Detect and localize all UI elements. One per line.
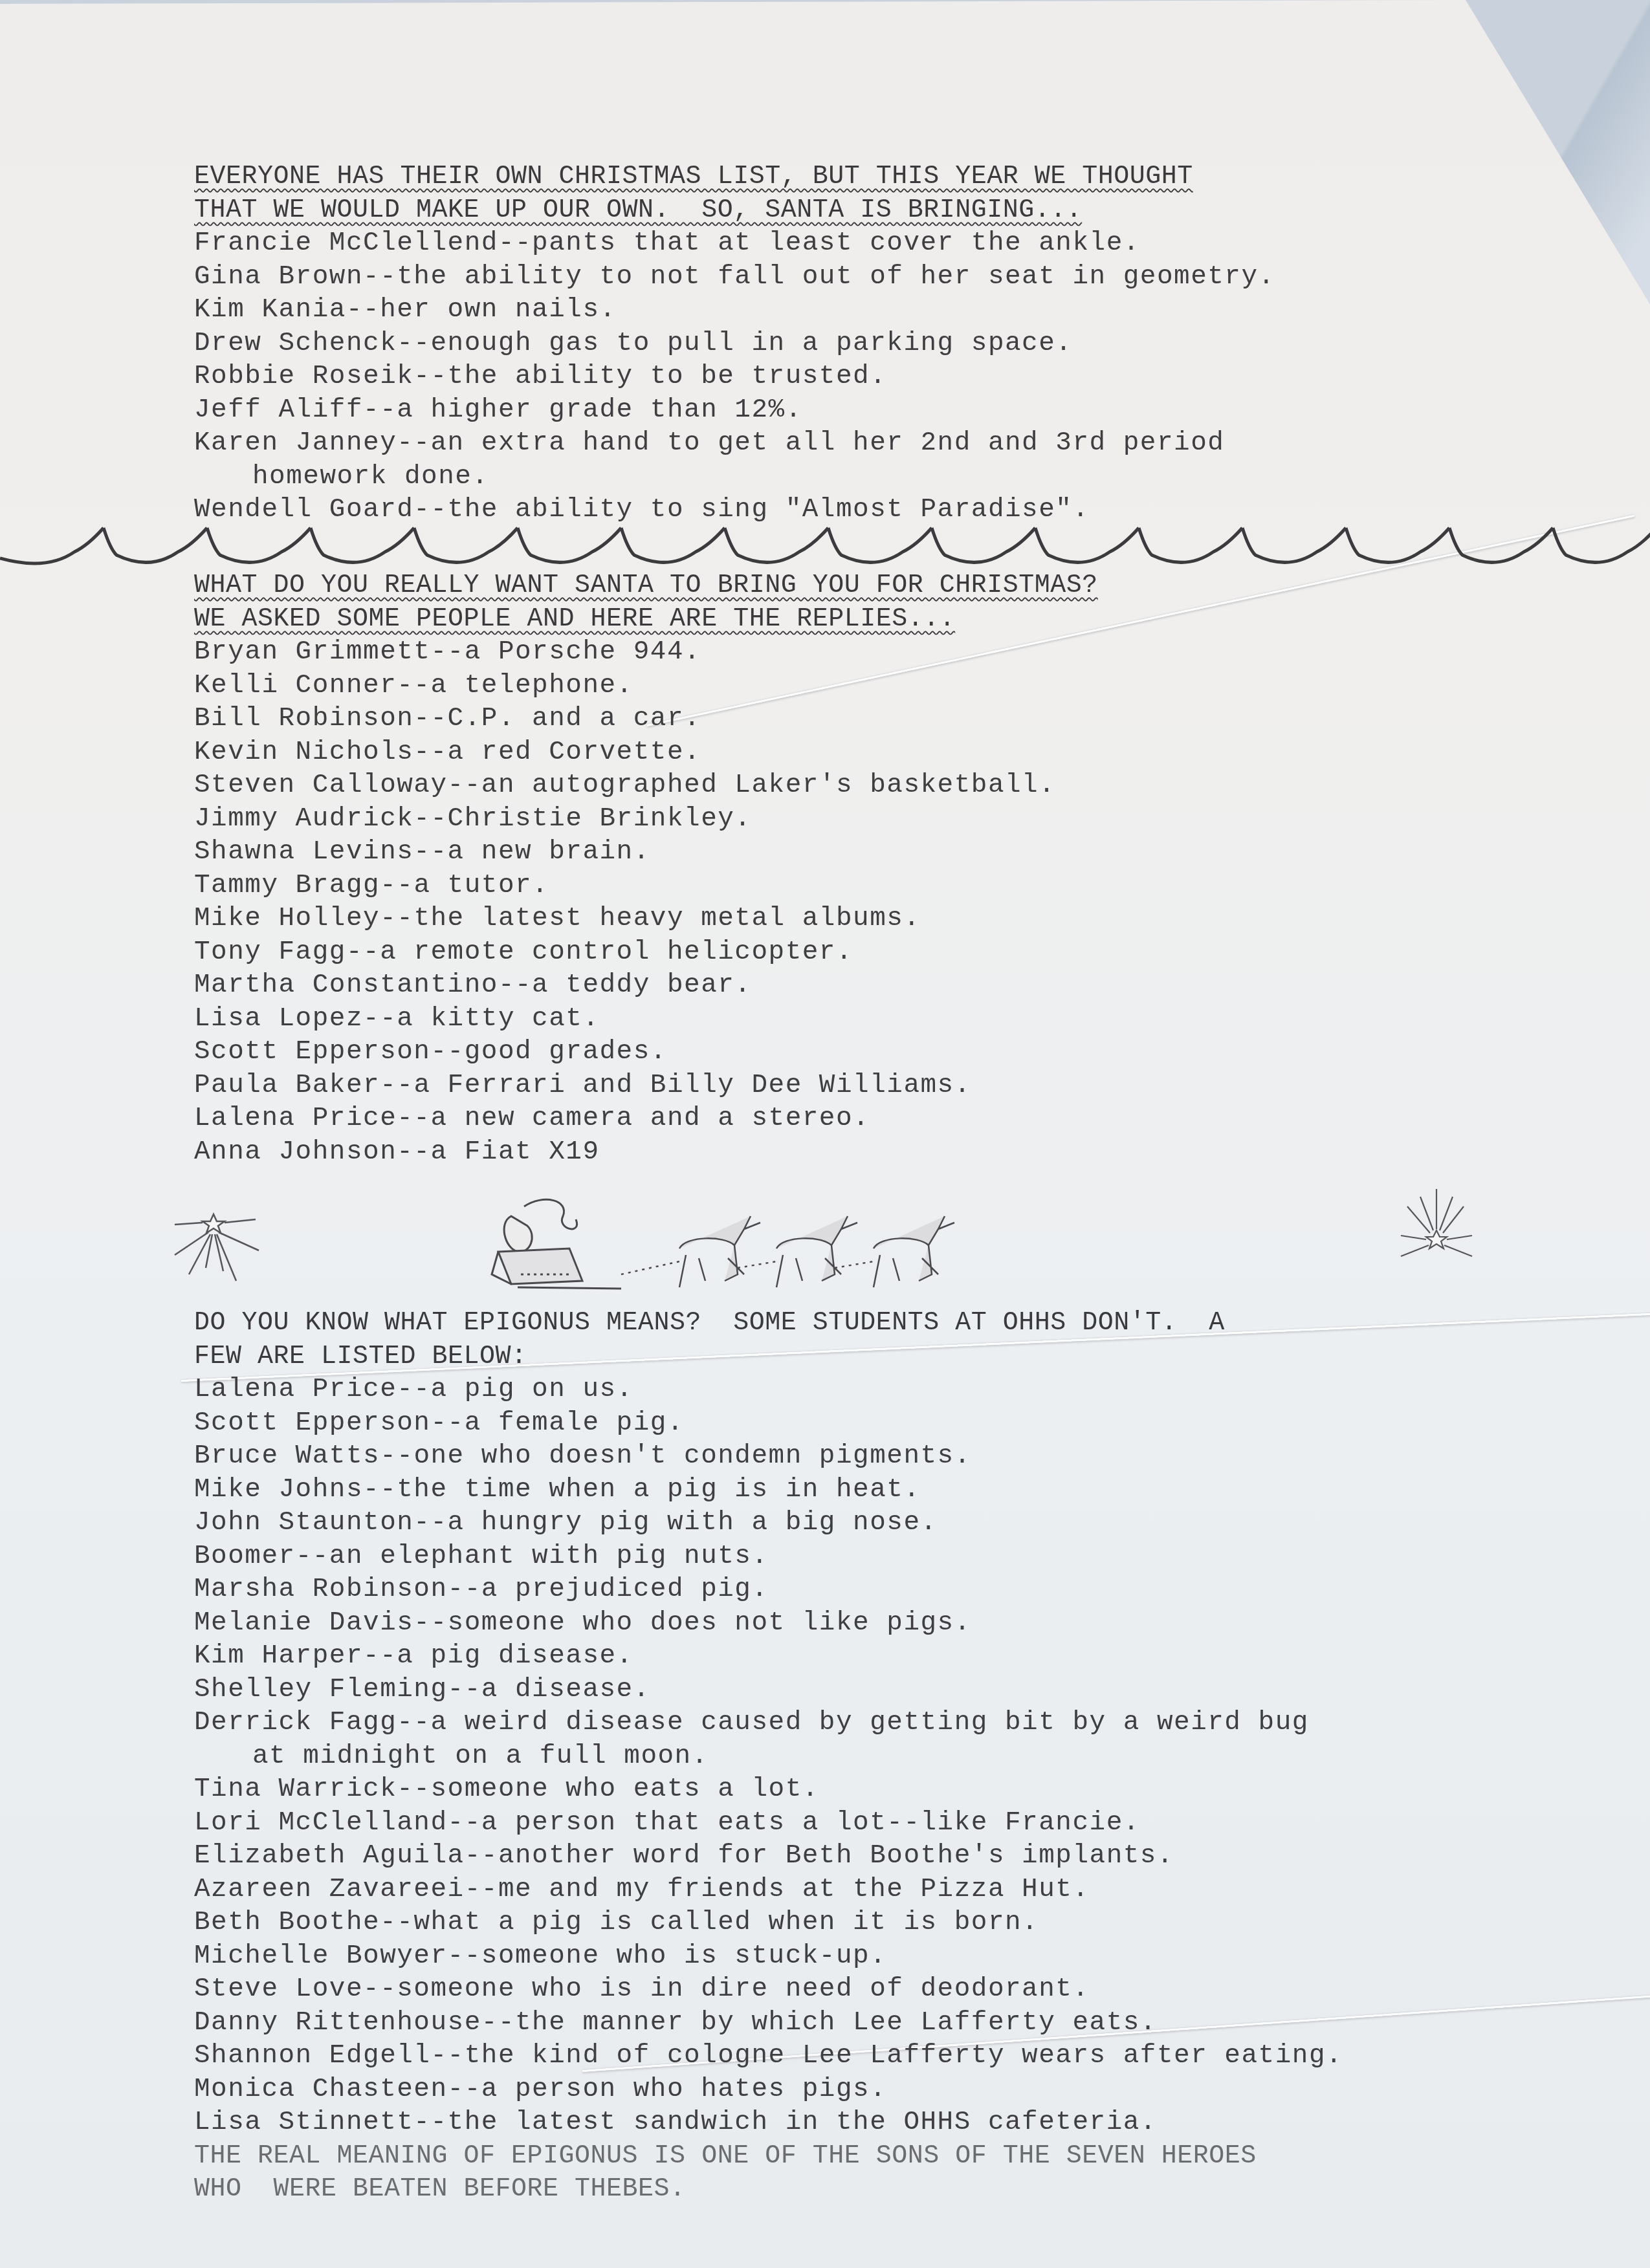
entry-text: a Porsche 944.: [465, 637, 701, 667]
star-icon: [175, 1214, 259, 1281]
list-item: Michelle Bowyer--someone who is stuck-up…: [194, 1940, 1585, 1974]
entry-text: enough gas to pull in a parking space.: [430, 329, 1072, 358]
section3-list: Lalena Price--a pig on us.Scott Epperson…: [194, 1373, 1585, 2140]
list-item-continuation: at midnight on a full moon.: [194, 1740, 1585, 1774]
entry-name: Shawna Levins: [194, 837, 413, 867]
list-item: Scott Epperson--good grades.: [194, 1036, 1585, 1069]
entry-text: a person that eats a lot--like Francie.: [481, 1808, 1140, 1838]
entry-name: John Staunton: [194, 1508, 413, 1538]
entry-separator: --: [397, 1774, 430, 1804]
entry-separator: --: [363, 1974, 397, 2004]
entry-text: C.P. and a car.: [448, 704, 701, 734]
entry-name: Derrick Fagg: [194, 1708, 397, 1738]
christmas-illustration: [0, 1177, 1650, 1307]
entry-name: Steve Love: [194, 1974, 363, 2004]
entry-separator: --: [397, 329, 430, 358]
entry-name: Kim Harper: [194, 1641, 363, 1671]
entry-separator: --: [413, 362, 447, 391]
section2-header-text-1: WHAT DO YOU REALLY WANT SANTA TO BRING Y…: [194, 571, 1098, 600]
entry-name: Shelley Fleming: [194, 1675, 448, 1705]
list-item: Derrick Fagg--a weird disease caused by …: [194, 1706, 1585, 1740]
entry-text: a hungry pig with a big nose.: [448, 1508, 938, 1538]
entry-name: Boomer: [194, 1542, 296, 1571]
entry-text: a remote control helicopter.: [380, 937, 853, 967]
santa-sleigh-icon: [492, 1199, 621, 1289]
list-item: Martha Constantino--a teddy bear.: [194, 969, 1585, 1003]
entry-separator: --: [363, 1475, 397, 1505]
section1-header-text-2: THAT WE WOULD MAKE UP OUR OWN. SO, SANTA…: [194, 196, 1082, 225]
list-item: Melanie Davis--someone who does not like…: [194, 1607, 1585, 1641]
entry-name: Elizabeth Aguila: [194, 1841, 465, 1871]
entry-separator: --: [430, 637, 464, 667]
entry-name: Bill Robinson: [194, 704, 413, 734]
entry-name: Jimmy Audrick: [194, 804, 413, 834]
entry-separator: --: [397, 1375, 430, 1404]
entry-separator: --: [413, 837, 447, 867]
list-item: Bryan Grimmett--a Porsche 944.: [194, 636, 1585, 670]
list-item: Drew Schenck--enough gas to pull in a pa…: [194, 327, 1585, 361]
entry-separator: --: [413, 1508, 447, 1538]
entry-text: an elephant with pig nuts.: [329, 1542, 769, 1571]
list-item: Scott Epperson--a female pig.: [194, 1407, 1585, 1441]
list-item: Kim Harper--a pig disease.: [194, 1640, 1585, 1674]
list-item: Mike Holley--the latest heavy metal albu…: [194, 902, 1585, 936]
entry-text: someone who eats a lot.: [430, 1774, 819, 1804]
entry-name: Kevin Nichols: [194, 737, 413, 767]
entry-text: the manner by which Lee Lafferty eats.: [515, 2008, 1157, 2038]
entry-separator: --: [397, 1137, 430, 1167]
entry-name: Tammy Bragg: [194, 871, 380, 900]
section-what-santa-brings: WHAT DO YOU REALLY WANT SANTA TO BRING Y…: [194, 569, 1585, 1169]
entry-separator: --: [448, 1575, 481, 1604]
entry-text: good grades.: [465, 1037, 667, 1067]
section3-header-line-2: FEW ARE LISTED BELOW:: [194, 1340, 1585, 1374]
entry-separator: --: [363, 1641, 397, 1671]
list-item: Marsha Robinson--a prejudiced pig.: [194, 1573, 1585, 1607]
section3-footer-line-1: THE REAL MEANING OF EPIGONUS IS ONE OF T…: [194, 2140, 1585, 2174]
entry-name: Shannon Edgell: [194, 2041, 430, 2071]
entry-name: Scott Epperson: [194, 1408, 430, 1438]
entry-text: a female pig.: [465, 1408, 684, 1438]
list-item: Robbie Roseik--the ability to be trusted…: [194, 360, 1585, 394]
entry-separator: --: [413, 2108, 447, 2137]
section1-header-text-1: EVERYONE HAS THEIR OWN CHRISTMAS LIST, B…: [194, 162, 1193, 191]
entry-name: Gina Brown: [194, 262, 363, 292]
list-item: Francie McClellend--pants that at least …: [194, 227, 1585, 261]
entry-text: what a pig is called when it is born.: [413, 1908, 1039, 1937]
entry-name: Paula Baker: [194, 1071, 380, 1100]
entry-text: a red Corvette.: [448, 737, 701, 767]
list-item: Mike Johns--the time when a pig is in he…: [194, 1474, 1585, 1507]
entry-separator: --: [397, 1104, 430, 1133]
entry-name: Anna Johnson: [194, 1137, 397, 1167]
entry-name: Monica Chasteen: [194, 2075, 448, 2104]
entry-separator: --: [296, 1542, 329, 1571]
entry-separator: --: [380, 904, 413, 933]
list-item: Azareen Zavareei--me and my friends at t…: [194, 1873, 1585, 1907]
list-item: Wendell Goard--the ability to sing "Almo…: [194, 494, 1585, 527]
entry-text: pants that at least cover the ankle.: [532, 228, 1140, 258]
list-item: Bill Robinson--C.P. and a car.: [194, 703, 1585, 736]
entry-name: Wendell Goard: [194, 495, 413, 525]
list-item: Lisa Stinnett--the latest sandwich in th…: [194, 2106, 1585, 2140]
entry-text: a teddy bear.: [532, 970, 751, 1000]
entry-separator: --: [413, 737, 447, 767]
list-item: Karen Janney--an extra hand to get all h…: [194, 427, 1585, 461]
entry-name: Jeff Aliff: [194, 395, 363, 425]
entry-text: a Fiat X19: [430, 1137, 599, 1167]
entry-text: a pig on us.: [430, 1375, 633, 1404]
entry-name: Tony Fagg: [194, 937, 346, 967]
entry-text: a telephone.: [430, 671, 633, 701]
entry-separator: --: [363, 395, 397, 425]
list-item: Monica Chasteen--a person who hates pigs…: [194, 2073, 1585, 2107]
entry-text: a disease.: [481, 1675, 650, 1705]
section-epigonus: DO YOU KNOW WHAT EPIGONUS MEANS? SOME ST…: [194, 1307, 1585, 2207]
entry-text: a prejudiced pig.: [481, 1575, 769, 1604]
entry-name: Mike Holley: [194, 904, 380, 933]
entry-name: Lalena Price: [194, 1104, 397, 1133]
entry-separator: --: [363, 262, 397, 292]
entry-separator: --: [498, 970, 532, 1000]
list-item: Steven Calloway--an autographed Laker's …: [194, 769, 1585, 803]
entry-separator: --: [465, 1875, 498, 1904]
entry-name: Lisa Stinnett: [194, 2108, 413, 2137]
entry-name: Drew Schenck: [194, 329, 397, 358]
entry-separator: --: [413, 704, 447, 734]
entry-separator: --: [430, 1037, 464, 1067]
section3-header-line-1: DO YOU KNOW WHAT EPIGONUS MEANS? SOME ST…: [194, 1307, 1585, 1340]
entry-text: a higher grade than 12%.: [397, 395, 802, 425]
entry-text: the ability to sing "Almost Paradise".: [448, 495, 1090, 525]
entry-name: Francie McClellend: [194, 228, 498, 258]
list-item: Lori McClelland--a person that eats a lo…: [194, 1807, 1585, 1840]
entry-text: someone who does not like pigs.: [448, 1608, 971, 1638]
entry-text: the latest heavy metal albums.: [413, 904, 920, 933]
entry-text: a tutor.: [413, 871, 549, 900]
entry-separator: --: [397, 671, 430, 701]
entry-separator: --: [413, 804, 447, 834]
entry-text: one who doesn't condemn pigments.: [413, 1441, 971, 1471]
entry-separator: --: [363, 1004, 397, 1034]
entry-text: the time when a pig is in heat.: [397, 1475, 920, 1505]
list-item: Steve Love--someone who is in dire need …: [194, 1973, 1585, 2007]
list-item: Danny Rittenhouse--the manner by which L…: [194, 2007, 1585, 2040]
list-item: Lalena Price--a pig on us.: [194, 1373, 1585, 1407]
list-item: Tina Warrick--someone who eats a lot.: [194, 1773, 1585, 1807]
section1-header-line-2: THAT WE WOULD MAKE UP OUR OWN. SO, SANTA…: [194, 194, 1585, 228]
reindeer-icon: [621, 1216, 954, 1287]
entry-separator: --: [346, 937, 380, 967]
section3-footer-line-2: WHO WERE BEATEN BEFORE THEBES.: [194, 2173, 1585, 2207]
entry-name: Mike Johns: [194, 1475, 363, 1505]
entry-name: Martha Constantino: [194, 970, 498, 1000]
entry-name: Kim Kania: [194, 295, 346, 325]
section2-header-line-2: WE ASKED SOME PEOPLE AND HERE ARE THE RE…: [194, 603, 1585, 637]
list-item: Shelley Fleming--a disease.: [194, 1674, 1585, 1707]
entry-name: Tina Warrick: [194, 1774, 397, 1804]
entry-text: someone who is in dire need of deodorant…: [397, 1974, 1089, 2004]
entry-separator: --: [380, 1908, 413, 1937]
list-item: Tony Fagg--a remote control helicopter.: [194, 936, 1585, 970]
entry-name: Bruce Watts: [194, 1441, 380, 1471]
entry-text: another word for Beth Boothe's implants.: [498, 1841, 1174, 1871]
entry-separator: --: [448, 2075, 481, 2104]
list-item: Tammy Bragg--a tutor.: [194, 869, 1585, 903]
entry-name: Lori McClelland: [194, 1808, 448, 1838]
entry-text: a weird disease caused by getting bit by…: [430, 1708, 1308, 1738]
entry-text: the latest sandwich in the OHHS cafeteri…: [448, 2108, 1157, 2137]
entry-text: an autographed Laker's basketball.: [481, 770, 1056, 800]
star-icon: [1401, 1189, 1472, 1256]
list-item: Lisa Lopez--a kitty cat.: [194, 1003, 1585, 1036]
entry-separator: --: [397, 428, 430, 458]
entry-text: a new camera and a stereo.: [430, 1104, 870, 1133]
entry-text: Christie Brinkley.: [448, 804, 752, 834]
entry-name: Marsha Robinson: [194, 1575, 448, 1604]
entry-text: an extra hand to get all her 2nd and 3rd…: [430, 428, 1224, 458]
list-item: Gina Brown--the ability to not fall out …: [194, 261, 1585, 294]
entry-name: Karen Janney: [194, 428, 397, 458]
entry-separator: --: [380, 1071, 413, 1100]
entry-name: Melanie Davis: [194, 1608, 413, 1638]
section1-header-line-1: EVERYONE HAS THEIR OWN CHRISTMAS LIST, B…: [194, 160, 1585, 194]
wave-divider: [0, 523, 1650, 568]
list-item: Shannon Edgell--the kind of cologne Lee …: [194, 2040, 1585, 2073]
entry-separator: --: [397, 1708, 430, 1738]
entry-separator: --: [346, 295, 380, 325]
entry-separator: --: [498, 228, 532, 258]
list-item: Kevin Nichols--a red Corvette.: [194, 736, 1585, 770]
section2-header-text-2: WE ASKED SOME PEOPLE AND HERE ARE THE RE…: [194, 605, 955, 634]
entry-name: Azareen Zavareei: [194, 1875, 465, 1904]
list-item: Kelli Conner--a telephone.: [194, 670, 1585, 703]
entry-separator: --: [481, 2008, 515, 2038]
entry-name: Scott Epperson: [194, 1037, 430, 1067]
entry-name: Robbie Roseik: [194, 362, 413, 391]
entry-separator: --: [448, 1941, 481, 1971]
entry-name: Danny Rittenhouse: [194, 2008, 481, 2038]
entry-name: Michelle Bowyer: [194, 1941, 448, 1971]
entry-text: her own nails.: [380, 295, 616, 325]
entry-separator: --: [448, 1808, 481, 1838]
list-item: Beth Boothe--what a pig is called when i…: [194, 1906, 1585, 1940]
entry-separator: --: [430, 1408, 464, 1438]
entry-text: a kitty cat.: [397, 1004, 599, 1034]
entry-separator: --: [448, 770, 481, 800]
section-santa-is-bringing: EVERYONE HAS THEIR OWN CHRISTMAS LIST, B…: [194, 160, 1585, 527]
entry-text: a Ferrari and Billy Dee Williams.: [413, 1071, 971, 1100]
entry-text: someone who is stuck-up.: [481, 1941, 887, 1971]
entry-name: Lisa Lopez: [194, 1004, 363, 1034]
list-item: Anna Johnson--a Fiat X19: [194, 1136, 1585, 1170]
entry-name: Bryan Grimmett: [194, 637, 430, 667]
list-item: Lalena Price--a new camera and a stereo.: [194, 1102, 1585, 1136]
entry-text: a person who hates pigs.: [481, 2075, 887, 2104]
list-item: Boomer--an elephant with pig nuts.: [194, 1540, 1585, 1574]
list-item: Elizabeth Aguila--another word for Beth …: [194, 1840, 1585, 1873]
entry-name: Lalena Price: [194, 1375, 397, 1404]
entry-text: a pig disease.: [397, 1641, 633, 1671]
list-item: Kim Kania--her own nails.: [194, 294, 1585, 327]
entry-text: the ability to not fall out of her seat …: [397, 262, 1275, 292]
list-item: Jeff Aliff--a higher grade than 12%.: [194, 394, 1585, 428]
entry-name: Steven Calloway: [194, 770, 448, 800]
entry-separator: --: [465, 1841, 498, 1871]
section2-header-line-1: WHAT DO YOU REALLY WANT SANTA TO BRING Y…: [194, 569, 1585, 603]
entry-separator: --: [413, 495, 447, 525]
entry-separator: --: [413, 1608, 447, 1638]
entry-separator: --: [380, 871, 413, 900]
entry-separator: --: [448, 1675, 481, 1705]
entry-text: the kind of cologne Lee Lafferty wears a…: [465, 2041, 1343, 2071]
entry-text: me and my friends at the Pizza Hut.: [498, 1875, 1090, 1904]
section1-list: Francie McClellend--pants that at least …: [194, 227, 1585, 527]
list-item: John Staunton--a hungry pig with a big n…: [194, 1507, 1585, 1540]
section2-list: Bryan Grimmett--a Porsche 944.Kelli Conn…: [194, 636, 1585, 1169]
list-item-continuation: homework done.: [194, 461, 1585, 494]
entry-name: Kelli Conner: [194, 671, 397, 701]
list-item: Paula Baker--a Ferrari and Billy Dee Wil…: [194, 1069, 1585, 1103]
list-item: Bruce Watts--one who doesn't condemn pig…: [194, 1440, 1585, 1474]
entry-name: Beth Boothe: [194, 1908, 380, 1937]
entry-separator: --: [380, 1441, 413, 1471]
list-item: Jimmy Audrick--Christie Brinkley.: [194, 803, 1585, 836]
entry-text: a new brain.: [448, 837, 650, 867]
entry-text: the ability to be trusted.: [448, 362, 887, 391]
entry-separator: --: [430, 2041, 464, 2071]
list-item: Shawna Levins--a new brain.: [194, 836, 1585, 869]
